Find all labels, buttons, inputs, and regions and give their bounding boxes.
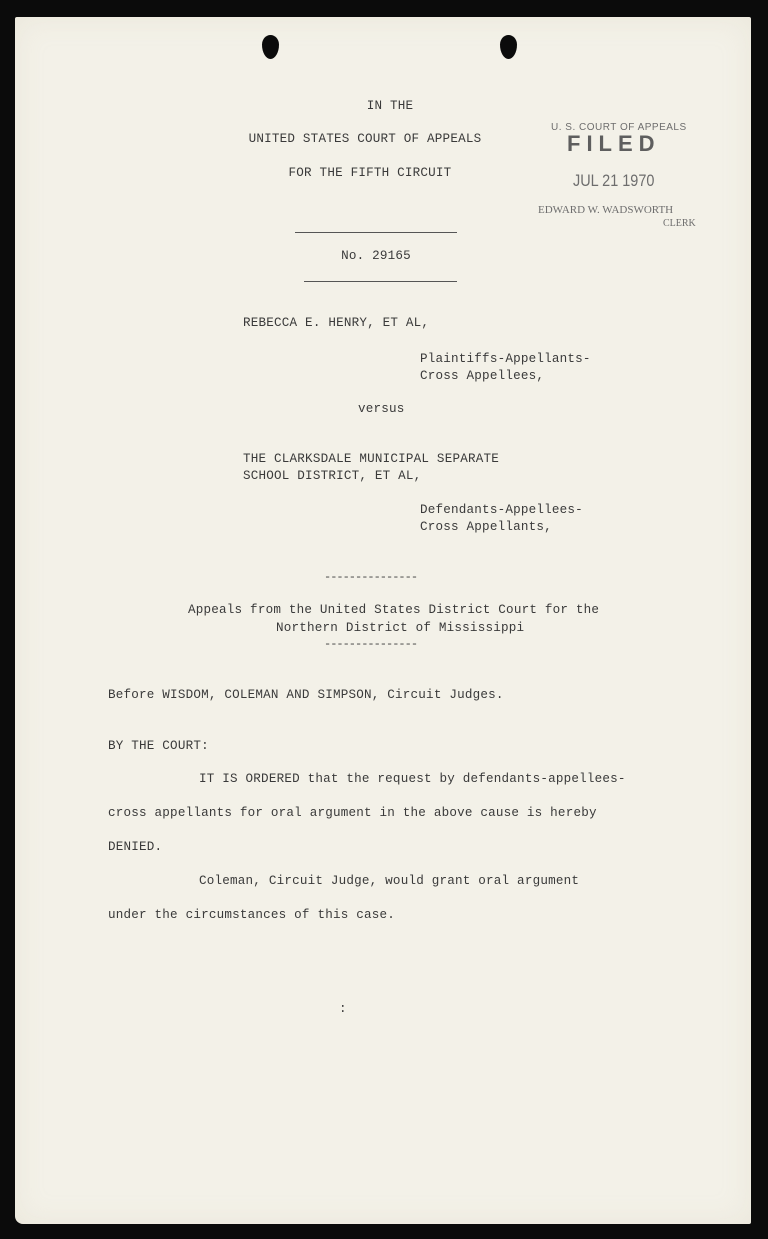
stamp-date: JUL 21 1970: [573, 171, 654, 191]
document-page: IN THE UNITED STATES COURT OF APPEALS FO…: [15, 17, 751, 1224]
defendant-role-2: Cross Appellants,: [420, 520, 552, 534]
order-line-4: Coleman, Circuit Judge, would grant oral…: [199, 874, 579, 888]
versus: versus: [358, 402, 405, 416]
plaintiff-role-2: Cross Appellees,: [420, 369, 544, 383]
by-the-court: BY THE COURT:: [108, 739, 209, 753]
stamp-clerk-name: EDWARD W. WADSWORTH: [538, 204, 673, 216]
defendant-name-1: THE CLARKSDALE MUNICIPAL SEPARATE: [243, 452, 499, 466]
order-line-3: DENIED.: [108, 840, 162, 854]
rule-top: [295, 232, 457, 233]
caption-circuit: FOR THE FIFTH CIRCUIT: [225, 166, 515, 180]
caption-line-1: IN THE: [240, 99, 540, 113]
appeal-line-1: Appeals from the United States District …: [188, 603, 599, 617]
plaintiff-role-1: Plaintiffs-Appellants-: [420, 352, 591, 366]
separator-top: ---------------: [324, 570, 417, 584]
separator-bottom: ---------------: [324, 637, 417, 651]
punch-hole-left: [262, 35, 279, 59]
plaintiff-name: REBECCA E. HENRY, ET AL,: [243, 316, 429, 330]
footer-mark: :: [339, 1002, 347, 1016]
order-line-2: cross appellants for oral argument in th…: [108, 806, 597, 820]
appeal-line-2: Northern District of Mississippi: [276, 621, 524, 635]
panel-judges: Before WISDOM, COLEMAN AND SIMPSON, Circ…: [108, 688, 504, 702]
case-number: No. 29165: [295, 249, 457, 263]
punch-hole-right: [500, 35, 517, 59]
caption-court-name: UNITED STATES COURT OF APPEALS: [205, 132, 525, 146]
stamp-clerk-title: CLERK: [663, 218, 696, 229]
stamp-filed: FILED: [567, 131, 661, 157]
rule-bottom: [304, 281, 457, 282]
order-line-1: IT IS ORDERED that the request by defend…: [199, 772, 626, 786]
defendant-role-1: Defendants-Appellees-: [420, 503, 583, 517]
defendant-name-2: SCHOOL DISTRICT, ET AL,: [243, 469, 421, 483]
order-line-5: under the circumstances of this case.: [108, 908, 395, 922]
